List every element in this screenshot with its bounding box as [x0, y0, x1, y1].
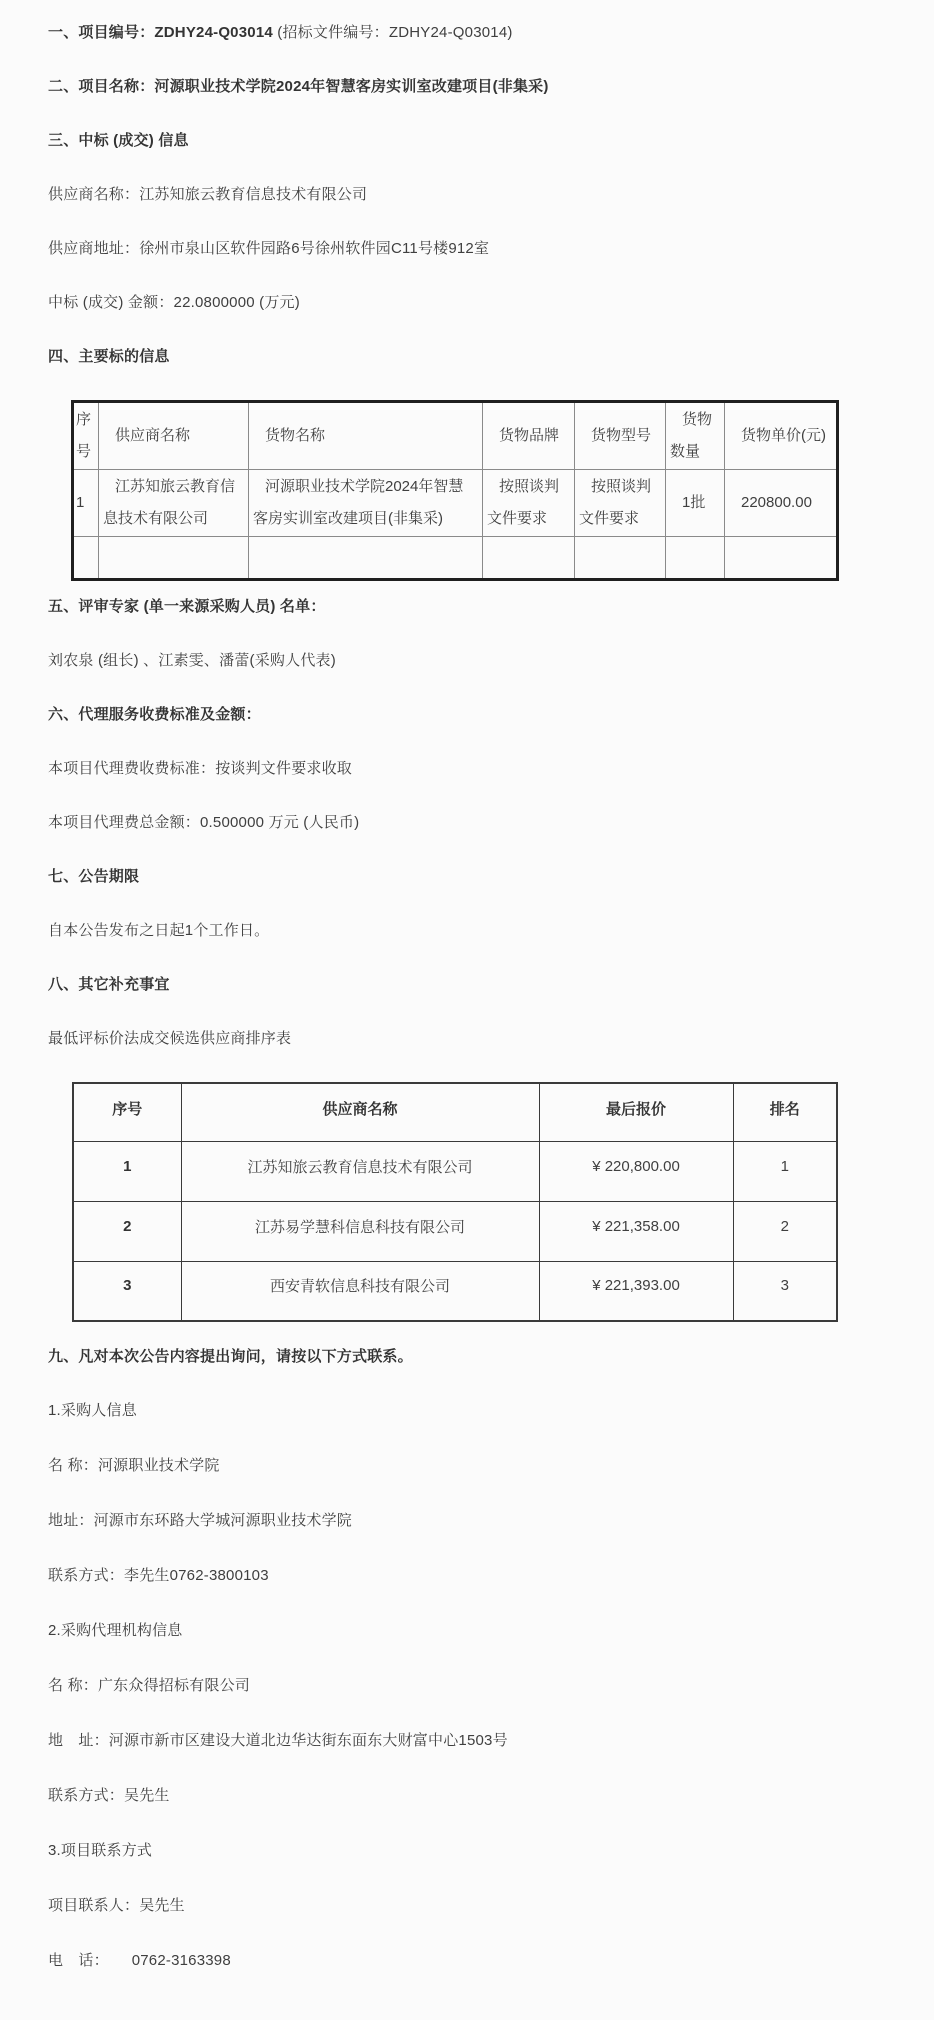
section-experts-heading: 五、评审专家 (单一来源采购人员) 名单：	[48, 596, 886, 617]
ranking-table-header-row: 序号 供应商名称 最后报价 排名	[73, 1083, 837, 1141]
agency-info-title: 2.采购代理机构信息	[48, 1620, 886, 1641]
supplier-address: 供应商地址：徐州市泉山区软件园路6号徐州软件园C11号楼912室	[48, 238, 886, 259]
section-supplementary-heading: 八、其它补充事宜	[48, 974, 886, 995]
cell-rank-supplier: 江苏易学慧科信息科技有限公司	[181, 1201, 539, 1261]
supplier-name: 供应商名称：江苏知旅云教育信息技术有限公司	[48, 184, 886, 205]
agency-fee-standard: 本项目代理费收费标准：按谈判文件要求收取	[48, 758, 886, 779]
header-rank-seq: 序号	[73, 1083, 181, 1141]
cell-goods-qty: 1批	[666, 470, 725, 537]
cell-goods-unit-price: 220800.00	[725, 470, 838, 537]
cell-goods-brand: 按照谈判文件要求	[483, 470, 575, 537]
cell-rank-seq: 1	[73, 1141, 181, 1201]
cell-rank: 3	[733, 1261, 837, 1321]
cell-rank: 2	[733, 1201, 837, 1261]
project-contact-person: 项目联系人：吴先生	[48, 1895, 886, 1916]
project-number-value: ZDHY24-Q03014	[154, 24, 273, 41]
cell-final-quote: ¥ 221,358.00	[539, 1201, 733, 1261]
empty-cell	[483, 537, 575, 580]
ranking-table-title: 最低评标价法成交候选供应商排序表	[48, 1028, 886, 1049]
ranking-table-row: 1 江苏知旅云教育信息技术有限公司 ¥ 220,800.00 1	[73, 1141, 837, 1201]
header-rank: 排名	[733, 1083, 837, 1141]
project-number-label: 一、项目编号：	[48, 24, 154, 41]
agency-address: 地 址：河源市新市区建设大道北边华达街东面东大财富中心1503号	[48, 1730, 886, 1751]
agency-fee-total: 本项目代理费总金额：0.500000 万元 (人民币)	[48, 812, 886, 833]
header-goods-name: 货物名称	[249, 402, 483, 470]
candidate-ranking-table: 序号 供应商名称 最后报价 排名 1 江苏知旅云教育信息技术有限公司 ¥ 220…	[72, 1082, 838, 1322]
experts-list: 刘农泉 (组长) 、江素雯、潘蕾(采购人代表)	[48, 650, 886, 671]
empty-cell	[575, 537, 666, 580]
procurement-announcement-document: 一、项目编号：ZDHY24-Q03014 (招标文件编号：ZDHY24-Q030…	[0, 0, 934, 1971]
section-agency-fee-heading: 六、代理服务收费标准及金额：	[48, 704, 886, 725]
section-main-subject-heading: 四、主要标的信息	[48, 346, 886, 367]
header-rank-supplier: 供应商名称	[181, 1083, 539, 1141]
cell-goods-model: 按照谈判文件要求	[575, 470, 666, 537]
empty-cell	[99, 537, 249, 580]
project-contact-title: 3.项目联系方式	[48, 1840, 886, 1861]
main-subject-table-row: 1 江苏知旅云教育信息技术有限公司 河源职业技术学院2024年智慧客房实训室改建…	[73, 470, 838, 537]
section-project-number: 一、项目编号：ZDHY24-Q03014 (招标文件编号：ZDHY24-Q030…	[48, 22, 886, 43]
ranking-table-row: 3 西安青软信息科技有限公司 ¥ 221,393.00 3	[73, 1261, 837, 1321]
purchaser-info-title: 1.采购人信息	[48, 1400, 886, 1421]
agency-name: 名 称：广东众得招标有限公司	[48, 1675, 886, 1696]
cell-rank-seq: 2	[73, 1201, 181, 1261]
section-project-name: 二、项目名称：河源职业技术学院2024年智慧客房实训室改建项目(非集采)	[48, 76, 886, 97]
main-subject-table: 序号 供应商名称 货物名称 货物品牌 货物型号 货物数量 货物单价(元) 1 江…	[71, 400, 839, 581]
header-final-quote: 最后报价	[539, 1083, 733, 1141]
agency-contact: 联系方式：吴先生	[48, 1785, 886, 1806]
header-supplier-name: 供应商名称	[99, 402, 249, 470]
header-goods-brand: 货物品牌	[483, 402, 575, 470]
header-goods-unit-price: 货物单价(元)	[725, 402, 838, 470]
header-goods-qty: 货物数量	[666, 402, 725, 470]
cell-rank-supplier: 西安青软信息科技有限公司	[181, 1261, 539, 1321]
notice-period-text: 自本公告发布之日起1个工作日。	[48, 920, 886, 941]
project-contact-phone: 电 话： 0762-3163398	[48, 1950, 886, 1971]
ranking-table-row: 2 江苏易学慧科信息科技有限公司 ¥ 221,358.00 2	[73, 1201, 837, 1261]
header-goods-model: 货物型号	[575, 402, 666, 470]
purchaser-name: 名 称：河源职业技术学院	[48, 1455, 886, 1476]
empty-cell	[725, 537, 838, 580]
purchaser-address: 地址：河源市东环路大学城河源职业技术学院	[48, 1510, 886, 1531]
cell-rank: 1	[733, 1141, 837, 1201]
empty-cell	[249, 537, 483, 580]
header-seq: 序号	[73, 402, 99, 470]
cell-final-quote: ¥ 220,800.00	[539, 1141, 733, 1201]
cell-rank-seq: 3	[73, 1261, 181, 1321]
section-notice-period-heading: 七、公告期限	[48, 866, 886, 887]
section-award-info-heading: 三、中标 (成交) 信息	[48, 130, 886, 151]
cell-final-quote: ¥ 221,393.00	[539, 1261, 733, 1321]
cell-seq: 1	[73, 470, 99, 537]
main-subject-table-header-row: 序号 供应商名称 货物名称 货物品牌 货物型号 货物数量 货物单价(元)	[73, 402, 838, 470]
tender-doc-number-note: (招标文件编号：ZDHY24-Q03014)	[273, 24, 513, 41]
cell-goods-name: 河源职业技术学院2024年智慧客房实训室改建项目(非集采)	[249, 470, 483, 537]
award-amount: 中标 (成交) 金额：22.0800000 (万元)	[48, 292, 886, 313]
main-subject-table-empty-row	[73, 537, 838, 580]
cell-rank-supplier: 江苏知旅云教育信息技术有限公司	[181, 1141, 539, 1201]
cell-supplier-name: 江苏知旅云教育信息技术有限公司	[99, 470, 249, 537]
purchaser-contact: 联系方式：李先生0762-3800103	[48, 1565, 886, 1586]
empty-cell	[666, 537, 725, 580]
section-contact-heading: 九、凡对本次公告内容提出询问，请按以下方式联系。	[48, 1346, 886, 1367]
empty-cell	[73, 537, 99, 580]
